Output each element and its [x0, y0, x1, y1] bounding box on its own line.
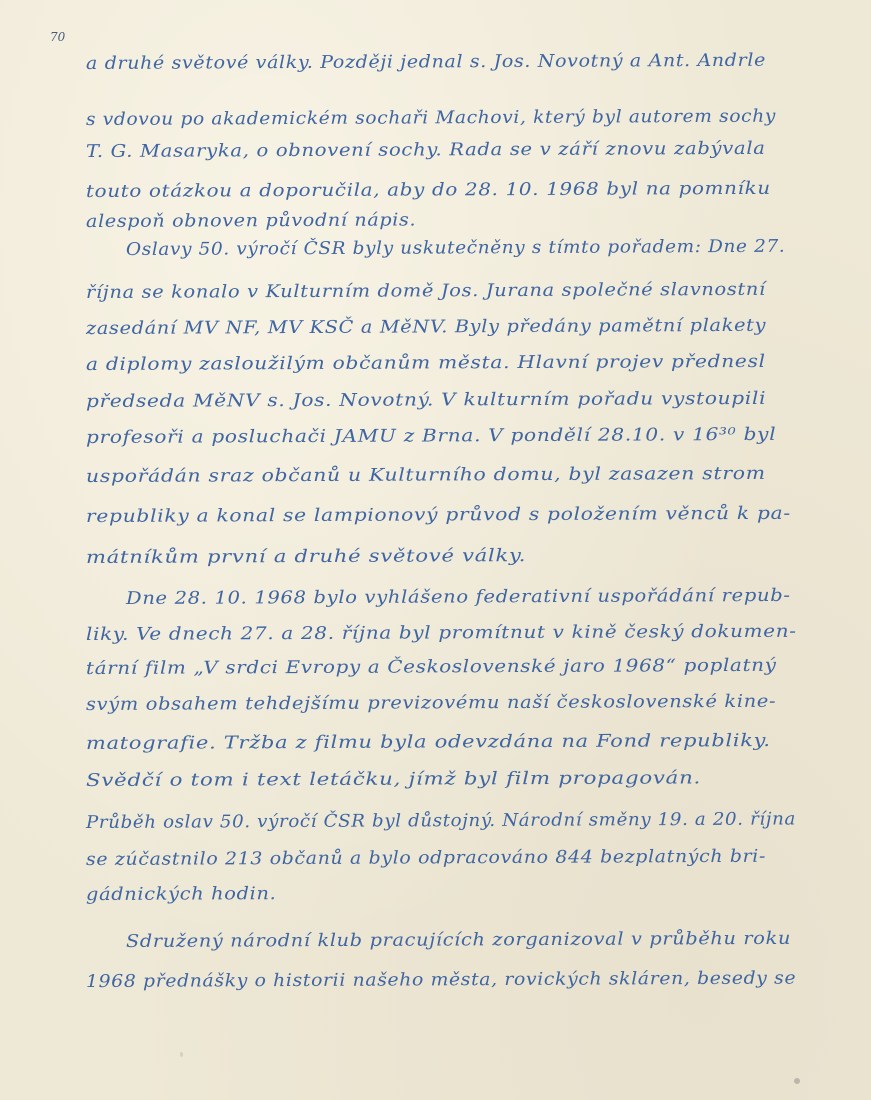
handwritten-line: alespoň obnoven původní nápis. — [86, 210, 416, 232]
handwritten-line: liky. Ve dnech 27. a 28. října byl promí… — [86, 622, 797, 645]
handwritten-line: října se konalo v Kulturním domě Jos. Ju… — [86, 280, 766, 303]
handwritten-line: mátníkům první a druhé světové války. — [86, 546, 526, 568]
handwritten-line: T. G. Masaryka, o obnovení sochy. Rada s… — [86, 139, 766, 162]
handwritten-line: a diplomy zasloužilým občanům města. Hla… — [86, 352, 766, 375]
handwritten-line: se zúčastnilo 213 občanů a bylo odpracov… — [86, 847, 766, 870]
handwritten-line: Oslavy 50. výročí ČSR byly uskutečněny s… — [126, 237, 785, 260]
paper-spot — [794, 1078, 800, 1084]
handwritten-line: 1968 přednášky o historii našeho města, … — [86, 969, 796, 992]
handwritten-line: gádnických hodin. — [86, 884, 276, 905]
handwritten-line: uspořádán sraz občanů u Kulturního domu,… — [86, 464, 766, 487]
handwritten-line: Svědčí o tom i text letáčku, jímž byl fi… — [86, 768, 701, 791]
handwritten-line: Sdružený národní klub pracujících zorgan… — [126, 929, 791, 952]
handwritten-line: svým obsahem tehdejšímu previzovému naší… — [86, 692, 776, 715]
handwritten-line: profesoři a posluchači JAMU z Brna. V po… — [86, 425, 776, 448]
handwritten-line: republiky a konal se lampionový průvod s… — [86, 504, 791, 527]
handwritten-line: a druhé světové války. Později jednal s.… — [86, 51, 766, 74]
handwritten-line: touto otázkou a doporučila, aby do 28. 1… — [86, 179, 771, 202]
page-number: 70 — [50, 30, 65, 44]
handwritten-line: s vdovou po akademickém sochaři Machovi,… — [86, 107, 776, 130]
handwritten-line: Průběh oslav 50. výročí ČSR byl důstojný… — [86, 809, 796, 833]
handwritten-line: zasedání MV NF, MV KSČ a MěNV. Byly před… — [86, 316, 766, 339]
handwritten-line: tární film „V srdci Evropy a Českosloven… — [86, 656, 777, 679]
handwritten-line: předseda MěNV s. Jos. Novotný. V kulturn… — [86, 389, 766, 412]
paper-spot — [180, 1052, 183, 1057]
handwritten-line: matografie. Tržba z filmu byla odevzdána… — [86, 731, 771, 754]
handwritten-page: 70 a druhé světové války. Později jednal… — [0, 0, 871, 1100]
handwritten-line: Dne 28. 10. 1968 bylo vyhlášeno federati… — [126, 586, 791, 609]
